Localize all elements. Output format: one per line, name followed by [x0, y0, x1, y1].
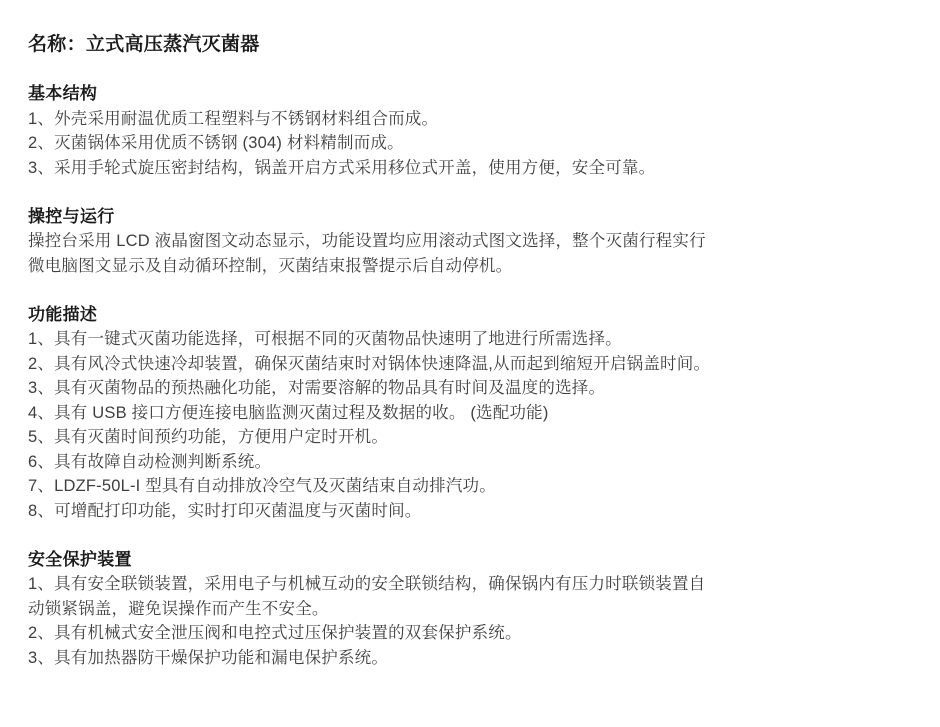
section-safety-protection: 安全保护装置 1、具有安全联锁装置，采用电子与机械互动的安全联锁结构，确保锅内有…: [28, 548, 910, 671]
text-line: 7、LDZF-50L-I 型具有自动排放冷空气及灭菌结束自动排汽功。: [28, 474, 910, 499]
section-heading-safety-protection: 安全保护装置: [28, 548, 910, 573]
section-heading-function-description: 功能描述: [28, 303, 910, 328]
text-line: 1、外壳采用耐温优质工程塑料与不锈钢材料组合而成。: [28, 107, 910, 132]
text-line: 6、具有故障自动检测判断系统。: [28, 450, 910, 475]
text-line: 3、具有加热器防干燥保护功能和漏电保护系统。: [28, 646, 910, 671]
section-heading-control-operation: 操控与运行: [28, 205, 910, 230]
section-control-operation: 操控与运行 操控台采用 LCD 液晶窗图文动态显示，功能设置均应用滚动式图文选择…: [28, 205, 910, 279]
text-line: 操控台采用 LCD 液晶窗图文动态显示，功能设置均应用滚动式图文选择，整个灭菌行…: [28, 229, 910, 254]
text-line: 微电脑图文显示及自动循环控制，灭菌结束报警提示后自动停机。: [28, 254, 910, 279]
text-line: 2、具有风冷式快速冷却装置，确保灭菌结束时对锅体快速降温,从而起到缩短开启锅盖时…: [28, 352, 910, 377]
text-line: 1、具有安全联锁装置，采用电子与机械互动的安全联锁结构，确保锅内有压力时联锁装置…: [28, 572, 910, 597]
text-line: 3、采用手轮式旋压密封结构，锅盖开启方式采用移位式开盖，使用方便，安全可靠。: [28, 156, 910, 181]
text-line: 2、具有机械式安全泄压阀和电控式过压保护装置的双套保护系统。: [28, 621, 910, 646]
section-heading-basic-structure: 基本结构: [28, 82, 910, 107]
text-line: 2、灭菌锅体采用优质不锈钢 (304) 材料精制而成。: [28, 131, 910, 156]
text-line: 动锁紧锅盖，避免误操作而产生不安全。: [28, 597, 910, 622]
text-line: 8、可增配打印功能，实时打印灭菌温度与灭菌时间。: [28, 499, 910, 524]
text-line: 1、具有一键式灭菌功能选择，可根据不同的灭菌物品快速明了地进行所需选择。: [28, 327, 910, 352]
text-line: 4、具有 USB 接口方便连接电脑监测灭菌过程及数据的收。 (选配功能): [28, 401, 910, 426]
section-basic-structure: 基本结构 1、外壳采用耐温优质工程塑料与不锈钢材料组合而成。 2、灭菌锅体采用优…: [28, 82, 910, 180]
section-function-description: 功能描述 1、具有一键式灭菌功能选择，可根据不同的灭菌物品快速明了地进行所需选择…: [28, 303, 910, 524]
text-line: 3、具有灭菌物品的预热融化功能，对需要溶解的物品具有时间及温度的选择。: [28, 376, 910, 401]
text-line: 5、具有灭菌时间预约功能，方便用户定时开机。: [28, 425, 910, 450]
document-title: 名称：立式高压蒸汽灭菌器: [28, 33, 910, 58]
product-description-document: 名称：立式高压蒸汽灭菌器 基本结构 1、外壳采用耐温优质工程塑料与不锈钢材料组合…: [0, 0, 940, 727]
